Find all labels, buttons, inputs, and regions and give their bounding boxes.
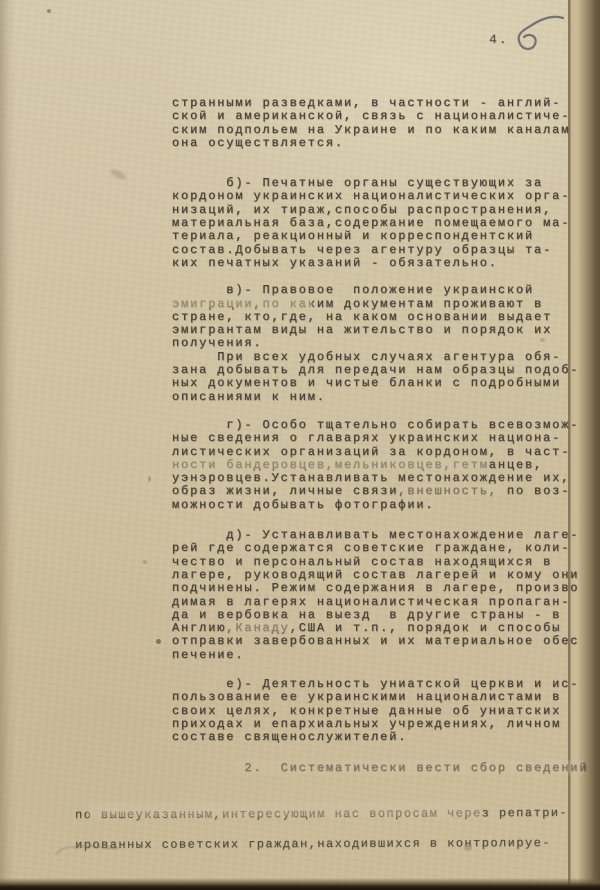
page-edge-bottom: [0, 878, 600, 890]
paragraph-item-2: 2. Систематически вести сбор сведений: [172, 762, 584, 775]
paragraph-item-g: г)- Особо тщательно собирать всевозмож- …: [172, 419, 584, 512]
handwritten-annotation: [511, 13, 567, 62]
pencil-squiggle-icon: [52, 838, 124, 862]
paper-stain: [143, 560, 147, 564]
paragraph-item-v: в)- Правовое положение украинской эмигра…: [172, 284, 584, 404]
paragraph-item-b: б)- Печатные органы существующих за корд…: [172, 177, 584, 270]
paragraph-item-e: е)- Деятельность униатской церкви и ис- …: [172, 678, 584, 744]
faint-pencil-mark: [52, 838, 124, 867]
document-scan: 4. странными разведками, в частности - а…: [0, 0, 600, 890]
paper-stain: [109, 167, 127, 181]
page-edge-left: [0, 0, 16, 890]
pen-flourish-icon: [511, 13, 567, 57]
paragraph-continuation: странными разведками, в частности - англ…: [172, 97, 584, 150]
page-number: 4.: [489, 32, 509, 47]
typed-text-block: странными разведками, в частности - англ…: [172, 97, 584, 776]
paragraph-item-d: д)- Устанавливать местонахождение лаге- …: [172, 529, 584, 662]
paper-stain: [156, 639, 161, 644]
paper-stain: [148, 476, 151, 482]
paper-stain: [47, 9, 51, 13]
footer-lines: по вышеуказанным,интересующим нас вопрос…: [75, 798, 585, 860]
